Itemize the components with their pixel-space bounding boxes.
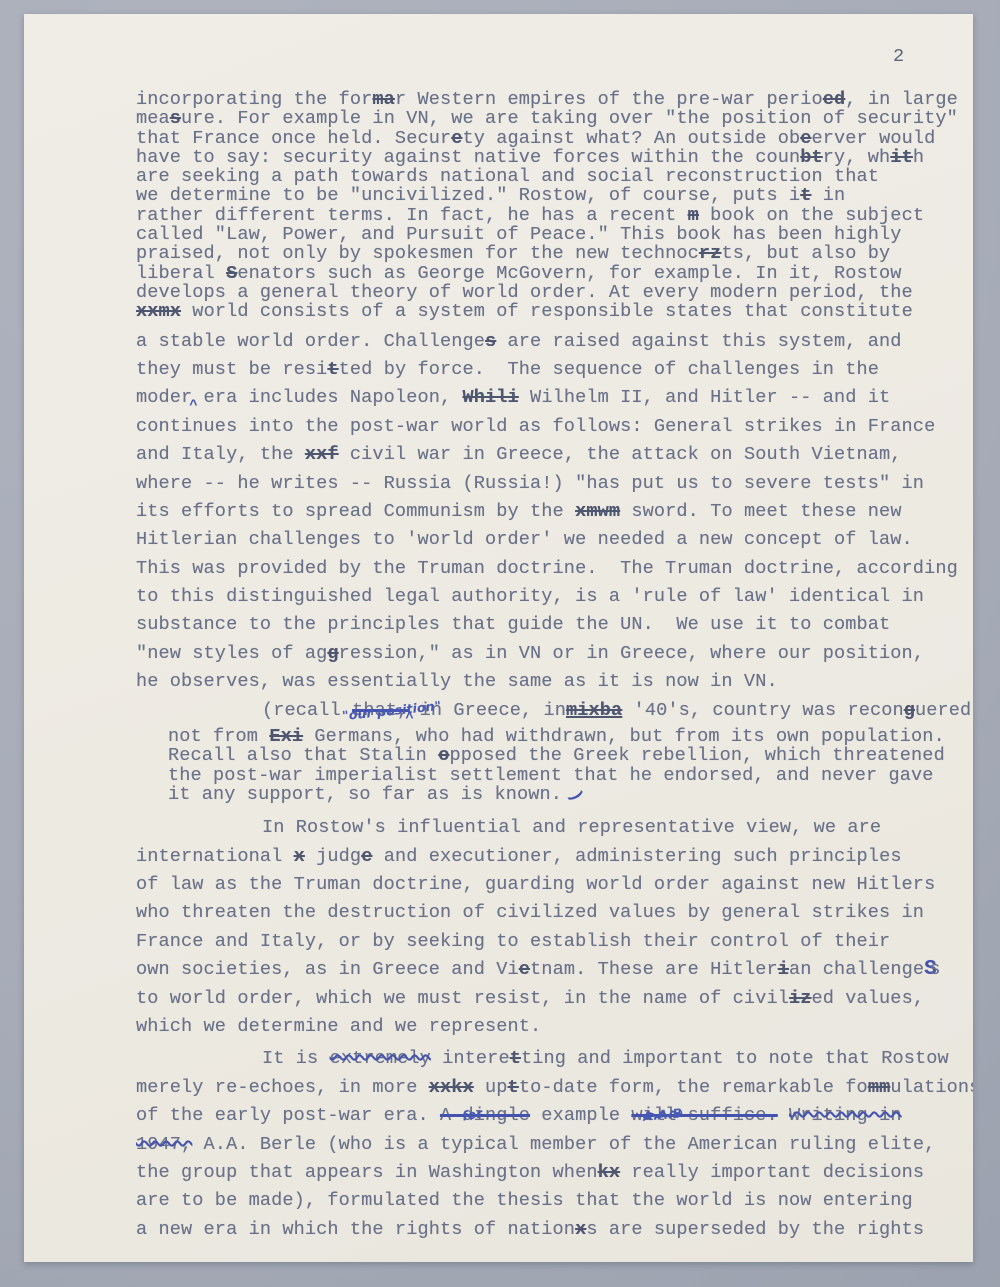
typed-text: ty against what? An outside ob [463,128,801,149]
typewriter-strikeout: m [688,205,699,226]
text-line: 1947, A.A. Berle (who is a typical membe… [136,1131,973,1159]
typed-text: ression," as in VN or in Greece, where o… [339,643,924,664]
typed-text: s are superseded by the rights [586,1219,924,1240]
typewriter-strikeout: bt [800,147,823,168]
typed-text: who threaten the destruction of civilize… [136,902,924,923]
typed-text: a stable world order. Challenge [136,331,485,352]
typewriter-strikeout: s [485,331,496,352]
typed-text: not from [168,726,269,747]
typewriter-strikeout: g [327,643,338,664]
typed-text: (recall [262,700,352,721]
typed-text: This was provided by the Truman doctrine… [136,558,958,579]
typewriter-strikeout: ed [823,89,846,110]
text-line: they must be resitted by force. The sequ… [136,356,973,384]
typed-text: to world order, which we must resist, in… [136,988,789,1009]
text-line: This was provided by the Truman doctrine… [136,555,973,583]
text-line: who threaten the destruction of civilize… [136,899,973,927]
typewriter-strikeout: t [508,1077,519,1098]
document-body: incorporating the formar Western empires… [136,90,973,1244]
typed-text: merely re-echoes, in more [136,1077,429,1098]
typewriter-strikeout: x [575,1219,586,1240]
recall-aside-body: not from Exi Germans, who had withdrawn,… [136,727,973,804]
typed-text: tnam. These are Hitler [530,959,778,980]
para-1-single-spaced: incorporating the formar Western empires… [136,90,973,322]
typed-text: where -- he writes -- Russia (Russia!) "… [136,473,924,494]
document-page: 2 incorporating the formar Western empir… [24,14,973,1262]
typed-text: , in large [845,89,958,110]
typed-text: we determine to be "uncivilized." Rostow… [136,185,800,206]
text-line: (recall "our position"that,^ in Greece, … [136,697,973,725]
text-line: called "Law, Power, and Pursuit of Peace… [136,225,973,244]
text-line: international x judge and executioner, a… [136,843,973,871]
text-line: liberal Senators such as George McGovern… [136,264,973,283]
typewriter-strikeout: mm [868,1077,891,1098]
typed-text: a new era in which the rights of nation [136,1219,575,1240]
typed-text: the group that appears in Washington whe… [136,1162,598,1183]
typed-text: that France once held. Secur [136,128,451,149]
typed-text: sword. To meet these new [620,501,901,522]
typewriter-strikeout: t [510,1048,521,1069]
text-line: it any support, so far as is known.) [136,785,973,804]
typed-text: ting and important to note that Rostow [521,1048,949,1069]
typed-text: which we determine and we represent. [136,1016,541,1037]
typewriter-strikeout: t [327,359,338,380]
text-line: to this distinguished legal authority, i… [136,583,973,611]
typed-text: substance to the principles that guide t… [136,614,890,635]
text-line: merely re-echoes, in more xxkx uptto-dat… [136,1074,973,1102]
typewriter-strikeout: x [294,846,305,867]
typed-text: liberal [136,263,226,284]
para-berle: It is extremely interetting and importan… [136,1045,973,1244]
typed-text: uered [915,700,971,721]
typed-text: and executioner, administering such prin… [372,846,901,867]
typed-text: ulations [890,1077,973,1098]
text-line: develops a general theory of world order… [136,283,973,302]
typed-text: its efforts to spread Communism by the [136,501,575,522]
typewriter-strikeout: e [361,846,372,867]
text-line: its efforts to spread Communism by the x… [136,498,973,526]
typed-text: ts, but also by [721,243,890,264]
typewriter-strikeout: rz [699,243,722,264]
text-line: and Italy, the xxf civil war in Greece, … [136,441,973,469]
typewriter-strikeout: t [800,185,811,206]
text-line: to world order, which we must resist, in… [136,985,973,1013]
typed-text: to this distinguished legal authority, i… [136,586,924,607]
text-line: of law as the Truman doctrine, guarding … [136,871,973,899]
typed-text: Hitlerian challenges to 'world order' we… [136,529,913,550]
typed-text: example [530,1105,631,1126]
text-line: which we determine and we represent. [136,1013,973,1041]
typed-text: continues into the post-war world as fol… [136,416,935,437]
typed-text: the post-war imperialist settlement that… [168,765,934,786]
typed-text: Recall also that Stalin [168,745,438,766]
typed-text: A.A. Berle (who is a typical member of t… [192,1134,935,1155]
typewriter-strikeout: e [519,959,530,980]
text-line: Recall also that Stalin opposed the Gree… [136,746,973,765]
text-line: the group that appears in Washington whe… [136,1159,973,1187]
typed-text: world consists of a system of responsibl… [181,301,913,322]
typewriter-strikeout: o [438,745,449,766]
typewriter-strikeout: Exi [269,726,303,747]
text-line: measure. For example in VN, we are takin… [136,109,973,128]
text-line: It is extremely interetting and importan… [136,1045,973,1073]
typed-text: rather different terms. In fact, he has … [136,205,688,226]
para-1-double-spaced-continuation: a stable world order. Challenges are rai… [136,328,973,697]
text-line: he observes, was essentially the same as… [136,668,973,696]
text-line: xxmx world consists of a system of respo… [136,302,973,321]
typed-text: h [913,147,924,168]
typed-text: it any support, so far as is known. [168,784,562,805]
text-line: praised, not only by spokesmen for the n… [136,244,973,263]
typed-text: s [929,959,940,980]
typed-text: of law as the Truman doctrine, guarding … [136,874,935,895]
pen-mark-icon: ) [564,787,586,805]
typewriter-strikeout: e [451,128,462,149]
typed-text: era includes Napoleon, [192,387,462,408]
text-line: a stable world order. Challenges are rai… [136,328,973,356]
typed-text: they must be resi [136,359,327,380]
typed-text: of the early post-war era. [136,1105,440,1126]
text-line: not from Exi Germans, who had withdrawn,… [136,727,973,746]
typewriter-strikeout: mixba [566,700,622,721]
typed-text: are seeking a path towards national and … [136,166,879,187]
text-line: we determine to be "uncivilized." Rostow… [136,186,973,205]
pen-strikethrough-text: A dingle [440,1105,530,1126]
text-line: substance to the principles that guide t… [136,611,973,639]
typed-text: France and Italy, or by seeking to estab… [136,931,890,952]
text-line: are seeking a path towards national and … [136,167,973,186]
typed-text: Germans, who had withdrawn, but from its… [303,726,945,747]
typewriter-strikeout: iz [789,988,812,1009]
typed-text: enators such as George McGovern, for exa… [237,263,901,284]
text-line: of the early post-war era. forA dingle e… [136,1102,973,1130]
typewriter-strikeout: e [800,128,811,149]
typed-text: are raised against this system, and [496,331,901,352]
typed-text: are to be made), formulated the thesis t… [136,1190,913,1211]
typed-text: In Rostow's influential and representati… [262,817,881,838]
typed-text: an challenge [789,959,924,980]
pen-strikethrough-text: extremely [330,1048,431,1069]
text-line: France and Italy, or by seeking to estab… [136,928,973,956]
recall-aside-opening-line: (recall "our position"that,^ in Greece, … [136,697,973,725]
text-line: Hitlerian challenges to 'world order' we… [136,526,973,554]
typewriter-strikeout: g [904,700,915,721]
typed-text: moder [136,387,192,408]
text-line: where -- he writes -- Russia (Russia!) "… [136,470,973,498]
typewriter-strikeout: xmwm [575,501,620,522]
pen-strikethrough-text: Writing in [789,1105,902,1126]
para-rostow-view: In Rostow's influential and representati… [136,814,973,1041]
typewriter-strikeout: kx [598,1162,621,1183]
text-line: are to be made), formulated the thesis t… [136,1187,973,1215]
typed-text: international [136,846,294,867]
scan-background: 2 incorporating the formar Western empir… [0,0,1000,1287]
text-line: the post-war imperialist settlement that… [136,766,973,785]
typewriter-strikeout: i [778,959,789,980]
page-number: 2 [893,46,904,67]
typewriter-strikeout: xxkx [429,1077,474,1098]
typed-text: have to say: security against native for… [136,147,800,168]
typewriter-strikeout: ma [372,89,395,110]
typewriter-strikeout: xxmx [136,301,181,322]
text-line: In Rostow's influential and representati… [136,814,973,842]
typed-text: r Western empires of the pre-war perio [395,89,823,110]
typed-text: Wilhelm II, and Hitler -- and it [519,387,891,408]
text-line: rather different terms. In fact, he has … [136,206,973,225]
typed-text [778,1105,789,1126]
text-line: that France once held. Securety against … [136,129,973,148]
typed-text: ry, wh [823,147,891,168]
typed-text: ed values, [812,988,925,1009]
text-line: have to say: security against native for… [136,148,973,167]
typed-text: ted by force. The sequence of challenges… [339,359,879,380]
typed-text: ure. For example in VN, we are taking ov… [181,108,958,129]
typewriter-strikeout: it [890,147,913,168]
typed-text: he observes, was essentially the same as… [136,671,778,692]
typed-text: '40's, country was recon [622,700,903,721]
typed-text: in [812,185,846,206]
typewriter-strikeout: S [226,263,237,284]
typed-text: mea [136,108,170,129]
typed-text: incorporating the for [136,89,372,110]
typed-text: really important decisions [620,1162,924,1183]
typed-text: praised, not only by spokesmen for the n… [136,243,699,264]
pen-strikethrough-text: 1947, [136,1134,192,1155]
typed-text: pposed the Greek rebellion, which threat… [449,745,944,766]
text-line: "new styles of aggression," as in VN or … [136,640,973,668]
typewriter-strikeout: xxf [305,444,339,465]
typed-text: book on the subject [699,205,924,226]
typed-text: and Italy, the [136,444,305,465]
typed-text: to-date form, the remarkable fo [519,1077,868,1098]
text-line: continues into the post-war world as fol… [136,413,973,441]
typed-text: develops a general theory of world order… [136,282,913,303]
typewriter-strikeout: Whili [463,387,519,408]
typed-text: called "Law, Power, and Pursuit of Peace… [136,224,902,245]
typed-text: It is [262,1048,330,1069]
typed-text: up [474,1077,508,1098]
typed-text: erver would [812,128,936,149]
typed-text: intere [431,1048,510,1069]
typed-text: "new styles of ag [136,643,327,664]
typed-text: own societies, as in Greece and Vi [136,959,519,980]
typewriter-strikeout: s [170,108,181,129]
typed-text: civil war in Greece, the attack on South… [339,444,902,465]
text-line: moder^ era includes Napoleon, Whili Wilh… [136,384,973,412]
typed-text: judg [305,846,361,867]
text-line: own societies, as in Greece and Vietnam.… [136,956,973,984]
text-line: incorporating the formar Western empires… [136,90,973,109]
text-line: a new era in which the rights of nationx… [136,1216,973,1244]
